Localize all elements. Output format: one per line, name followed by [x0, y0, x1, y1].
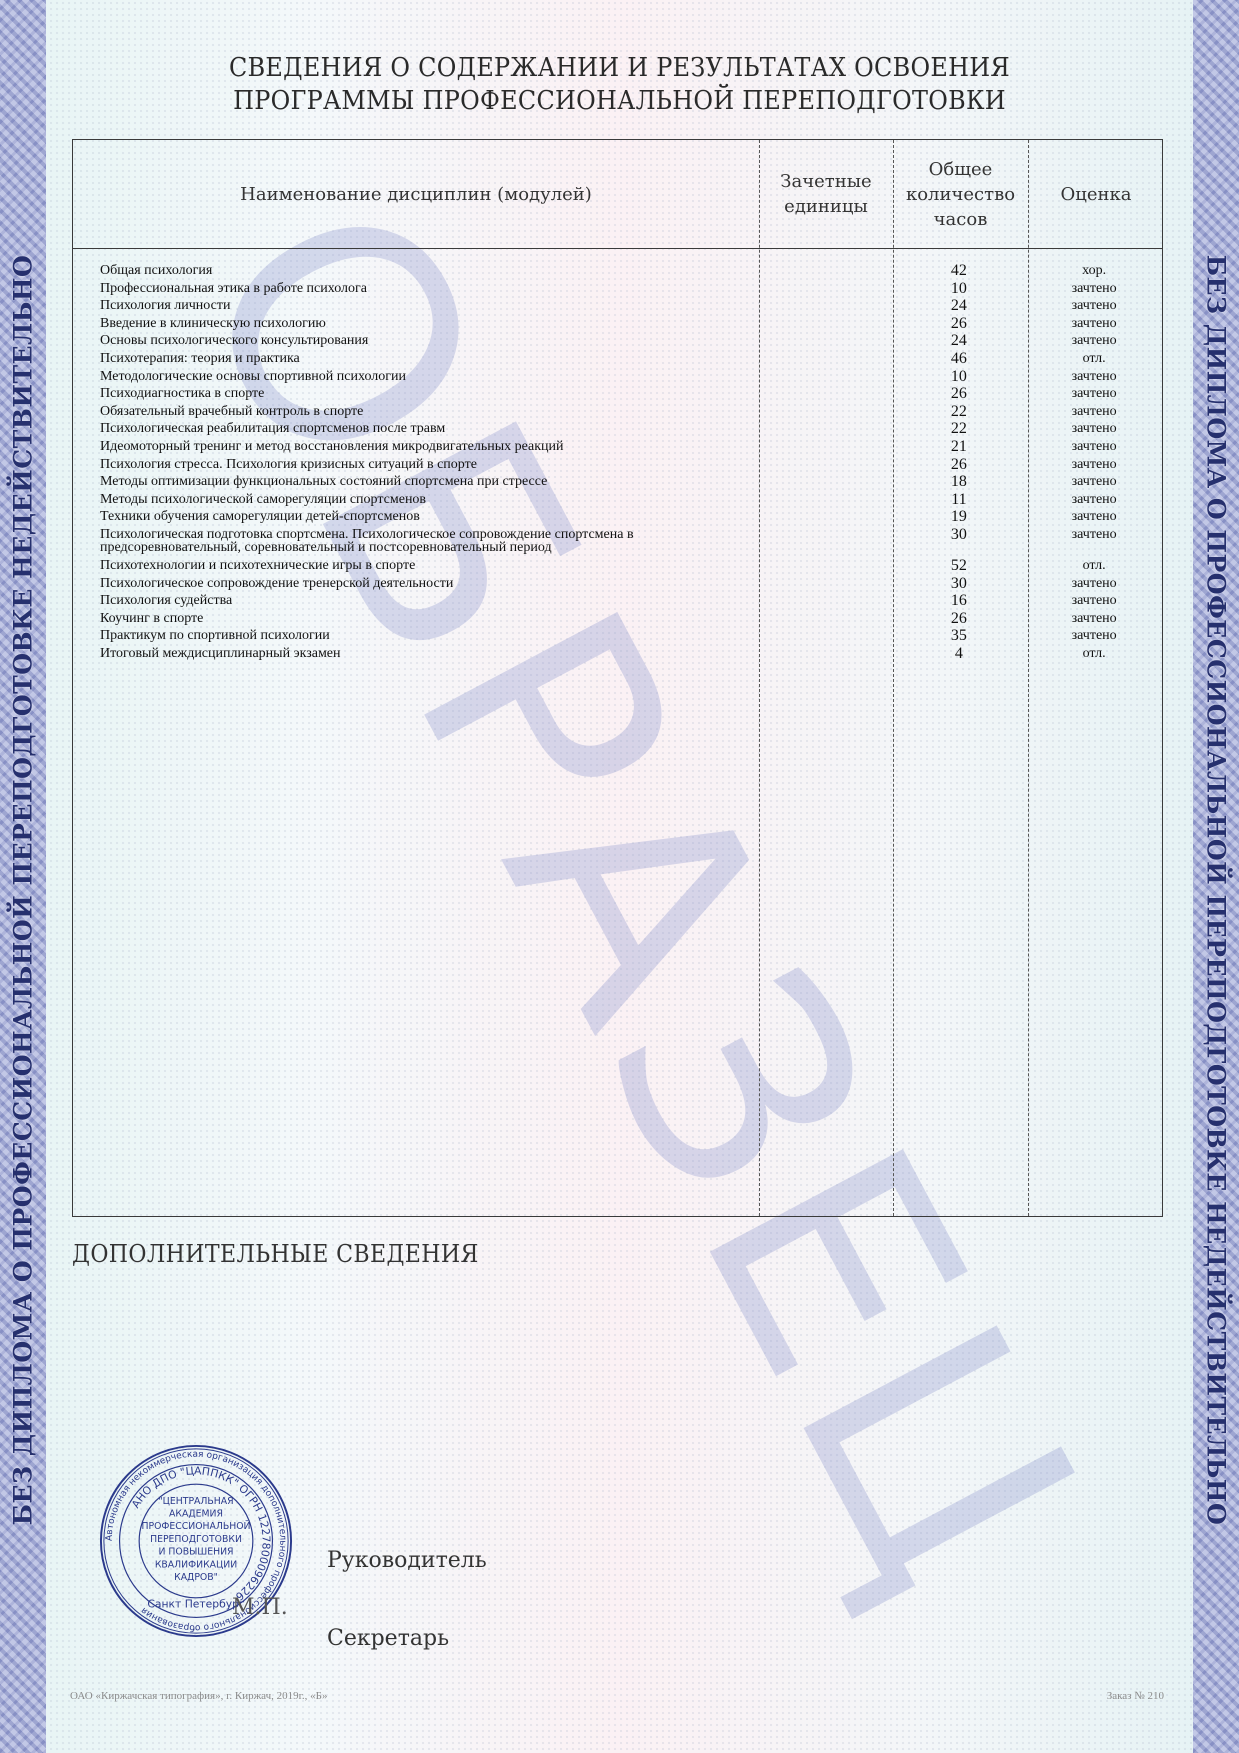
discipline-name: Итоговый междисциплинарный экзамен — [73, 645, 758, 663]
table-row: Техники обучения саморегуляции детей-спо… — [73, 508, 1162, 526]
grade: зачтено — [1026, 403, 1162, 421]
header-divider — [73, 248, 1162, 249]
grade: зачтено — [1026, 368, 1162, 386]
table-row: Психотехнологии и психотехнические игры … — [73, 557, 1162, 575]
table-row: Психотерапия: теория и практика46отл. — [73, 350, 1162, 368]
table-row: Введение в клиническую психологию26зачте… — [73, 315, 1162, 333]
credit-units — [758, 592, 892, 610]
table-row: Основы психологического консультирования… — [73, 332, 1162, 350]
discipline-name: Профессиональная этика в работе психолог… — [73, 280, 758, 298]
header-hours-line1: Общее — [906, 157, 1015, 182]
header-discipline-name: Наименование дисциплин (модулей) — [73, 140, 759, 248]
total-hours: 52 — [892, 557, 1027, 575]
total-hours: 16 — [892, 592, 1027, 610]
grade: зачтено — [1026, 280, 1162, 298]
svg-text:"ЦЕНТРАЛЬНАЯ: "ЦЕНТРАЛЬНАЯ — [158, 1496, 233, 1507]
discipline-name: Психологическое сопровождение тренерской… — [73, 575, 758, 593]
table-row: Психодиагностика в спорте26зачтено — [73, 385, 1162, 403]
table-row: Методы психологической саморегуляции спо… — [73, 491, 1162, 509]
grade: зачтено — [1026, 592, 1162, 610]
credit-units — [758, 473, 892, 491]
discipline-name: Основы психологического консультирования — [73, 332, 758, 350]
credit-units — [758, 315, 892, 333]
credit-units — [758, 610, 892, 628]
credit-units — [758, 297, 892, 315]
svg-text:АКАДЕМИЯ: АКАДЕМИЯ — [169, 1509, 223, 1520]
discipline-name: Практикум по спортивной психологии — [73, 627, 758, 645]
header-credits-line1: Зачетные — [780, 169, 871, 194]
discipline-name: Психотерапия: теория и практика — [73, 350, 758, 368]
grade: зачтено — [1026, 473, 1162, 491]
total-hours: 24 — [892, 297, 1027, 315]
discipline-name: Психотехнологии и психотехнические игры … — [73, 557, 758, 575]
svg-text:КВАЛИФИКАЦИИ: КВАЛИФИКАЦИИ — [155, 1559, 237, 1570]
header-credits: Зачетные единицы — [759, 140, 893, 248]
discipline-name: Психодиагностика в спорте — [73, 385, 758, 403]
grade: зачтено — [1026, 315, 1162, 333]
grade: зачтено — [1026, 420, 1162, 438]
credit-units — [758, 508, 892, 526]
table-row: Обязательный врачебный контроль в спорте… — [73, 403, 1162, 421]
total-hours: 19 — [892, 508, 1027, 526]
total-hours: 22 — [892, 420, 1027, 438]
total-hours: 24 — [892, 332, 1027, 350]
total-hours: 21 — [892, 438, 1027, 456]
table-row: Психология личности24зачтено — [73, 297, 1162, 315]
title-line-1: СВЕДЕНИЯ О СОДЕРЖАНИИ И РЕЗУЛЬТАТАХ ОСВО… — [50, 52, 1190, 85]
total-hours: 30 — [892, 526, 1027, 557]
header-hours-line3: часов — [906, 207, 1015, 232]
grade: хор. — [1026, 262, 1162, 280]
table-row: Общая психология42хор. — [73, 262, 1162, 280]
discipline-name: Общая психология — [73, 262, 758, 280]
discipline-name: Психология стресса. Психология кризисных… — [73, 456, 758, 474]
discipline-name: Введение в клиническую психологию — [73, 315, 758, 333]
header-hours-line2: количество — [906, 182, 1015, 207]
credit-units — [758, 350, 892, 368]
svg-text:ПЕРЕПОДГОТОВКИ: ПЕРЕПОДГОТОВКИ — [150, 1534, 242, 1545]
credit-units — [758, 420, 892, 438]
svg-text:И ПОВЫШЕНИЯ: И ПОВЫШЕНИЯ — [158, 1547, 233, 1558]
credit-units — [758, 332, 892, 350]
discipline-name: Психология личности — [73, 297, 758, 315]
disciplines-table: Наименование дисциплин (модулей) Зачетны… — [72, 139, 1163, 1217]
header-grade: Оценка — [1028, 140, 1164, 248]
table-row: Идеомоторный тренинг и метод восстановле… — [73, 438, 1162, 456]
total-hours: 26 — [892, 315, 1027, 333]
additional-info-heading: ДОПОЛНИТЕЛЬНЫЕ СВЕДЕНИЯ — [72, 1240, 479, 1268]
svg-text:КАДРОВ": КАДРОВ" — [174, 1572, 218, 1583]
grade: зачтено — [1026, 332, 1162, 350]
right-security-border: БЕЗ ДИПЛОМА О ПРОФЕССИОНАЛЬНОЙ ПЕРЕПОДГО… — [1193, 0, 1239, 1753]
table-row: Коучинг в спорте26зачтено — [73, 610, 1162, 628]
grade: отл. — [1026, 350, 1162, 368]
head-signature-label: Руководитель — [327, 1548, 487, 1573]
grade: отл. — [1026, 557, 1162, 575]
page-title: СВЕДЕНИЯ О СОДЕРЖАНИИ И РЕЗУЛЬТАТАХ ОСВО… — [50, 52, 1190, 118]
stamp-place-label: М.П. — [232, 1595, 288, 1620]
credit-units — [758, 627, 892, 645]
header-credits-line2: единицы — [780, 194, 871, 219]
grade: зачтено — [1026, 456, 1162, 474]
credit-units — [758, 368, 892, 386]
credit-units — [758, 645, 892, 663]
total-hours: 26 — [892, 385, 1027, 403]
header-total-hours: Общее количество часов — [893, 140, 1028, 248]
discipline-name: Обязательный врачебный контроль в спорте — [73, 403, 758, 421]
total-hours: 4 — [892, 645, 1027, 663]
left-security-border: БЕЗ ДИПЛОМА О ПРОФЕССИОНАЛЬНОЙ ПЕРЕПОДГО… — [0, 0, 46, 1753]
discipline-name: Психологическая реабилитация спортсменов… — [73, 420, 758, 438]
grade: зачтено — [1026, 438, 1162, 456]
order-number: Заказ № 210 — [1107, 1690, 1164, 1702]
discipline-name: Методы психологической саморегуляции спо… — [73, 491, 758, 509]
svg-text:ПРОФЕССИОНАЛЬНОЙ: ПРОФЕССИОНАЛЬНОЙ — [141, 1520, 250, 1532]
discipline-name: Психология судейства — [73, 592, 758, 610]
table-row: Профессиональная этика в работе психолог… — [73, 280, 1162, 298]
grade: зачтено — [1026, 508, 1162, 526]
grade: зачтено — [1026, 526, 1162, 557]
total-hours: 26 — [892, 610, 1027, 628]
credit-units — [758, 491, 892, 509]
discipline-name: Методы оптимизации функциональных состоя… — [73, 473, 758, 491]
total-hours: 42 — [892, 262, 1027, 280]
credit-units — [758, 385, 892, 403]
credit-units — [758, 456, 892, 474]
total-hours: 11 — [892, 491, 1027, 509]
total-hours: 18 — [892, 473, 1027, 491]
credit-units — [758, 280, 892, 298]
credit-units — [758, 403, 892, 421]
grade: зачтено — [1026, 610, 1162, 628]
grade: отл. — [1026, 645, 1162, 663]
discipline-name: Идеомоторный тренинг и метод восстановле… — [73, 438, 758, 456]
grade: зачтено — [1026, 491, 1162, 509]
grade: зачтено — [1026, 627, 1162, 645]
total-hours: 26 — [892, 456, 1027, 474]
total-hours: 35 — [892, 627, 1027, 645]
table-row: Методологические основы спортивной психо… — [73, 368, 1162, 386]
table-body: Общая психология42хор.Профессиональная э… — [73, 262, 1162, 662]
credit-units — [758, 557, 892, 575]
grade: зачтено — [1026, 297, 1162, 315]
credit-units — [758, 262, 892, 280]
total-hours: 10 — [892, 280, 1027, 298]
grade: зачтено — [1026, 385, 1162, 403]
right-border-text: БЕЗ ДИПЛОМА О ПРОФЕССИОНАЛЬНОЙ ПЕРЕПОДГО… — [1202, 255, 1231, 1526]
table-row: Психологическая реабилитация спортсменов… — [73, 420, 1162, 438]
total-hours: 10 — [892, 368, 1027, 386]
svg-text:Санкт Петербург: Санкт Петербург — [147, 1598, 245, 1611]
table-row: Психология стресса. Психология кризисных… — [73, 456, 1162, 474]
table-row: Практикум по спортивной психологии35зачт… — [73, 627, 1162, 645]
table-row: Методы оптимизации функциональных состоя… — [73, 473, 1162, 491]
table-row: Психология судейства16зачтено — [73, 592, 1162, 610]
grade: зачтено — [1026, 575, 1162, 593]
credit-units — [758, 575, 892, 593]
discipline-name: Методологические основы спортивной психо… — [73, 368, 758, 386]
table-row: Итоговый междисциплинарный экзамен4отл. — [73, 645, 1162, 663]
total-hours: 22 — [892, 403, 1027, 421]
discipline-name: Техники обучения саморегуляции детей-спо… — [73, 508, 758, 526]
table-row: Психологическое сопровождение тренерской… — [73, 575, 1162, 593]
title-line-2: ПРОГРАММЫ ПРОФЕССИОНАЛЬНОЙ ПЕРЕПОДГОТОВК… — [50, 85, 1190, 118]
credit-units — [758, 526, 892, 557]
secretary-signature-label: Секретарь — [327, 1626, 449, 1651]
total-hours: 30 — [892, 575, 1027, 593]
total-hours: 46 — [892, 350, 1027, 368]
left-border-text: БЕЗ ДИПЛОМА О ПРОФЕССИОНАЛЬНОЙ ПЕРЕПОДГО… — [9, 255, 38, 1526]
discipline-name: Коучинг в спорте — [73, 610, 758, 628]
printer-imprint: ОАО «Киржачская типография», г. Киржач, … — [70, 1690, 328, 1702]
discipline-name: Психологическая подготовка спортсмена. П… — [73, 526, 758, 557]
credit-units — [758, 438, 892, 456]
table-row: Психологическая подготовка спортсмена. П… — [73, 526, 1162, 557]
